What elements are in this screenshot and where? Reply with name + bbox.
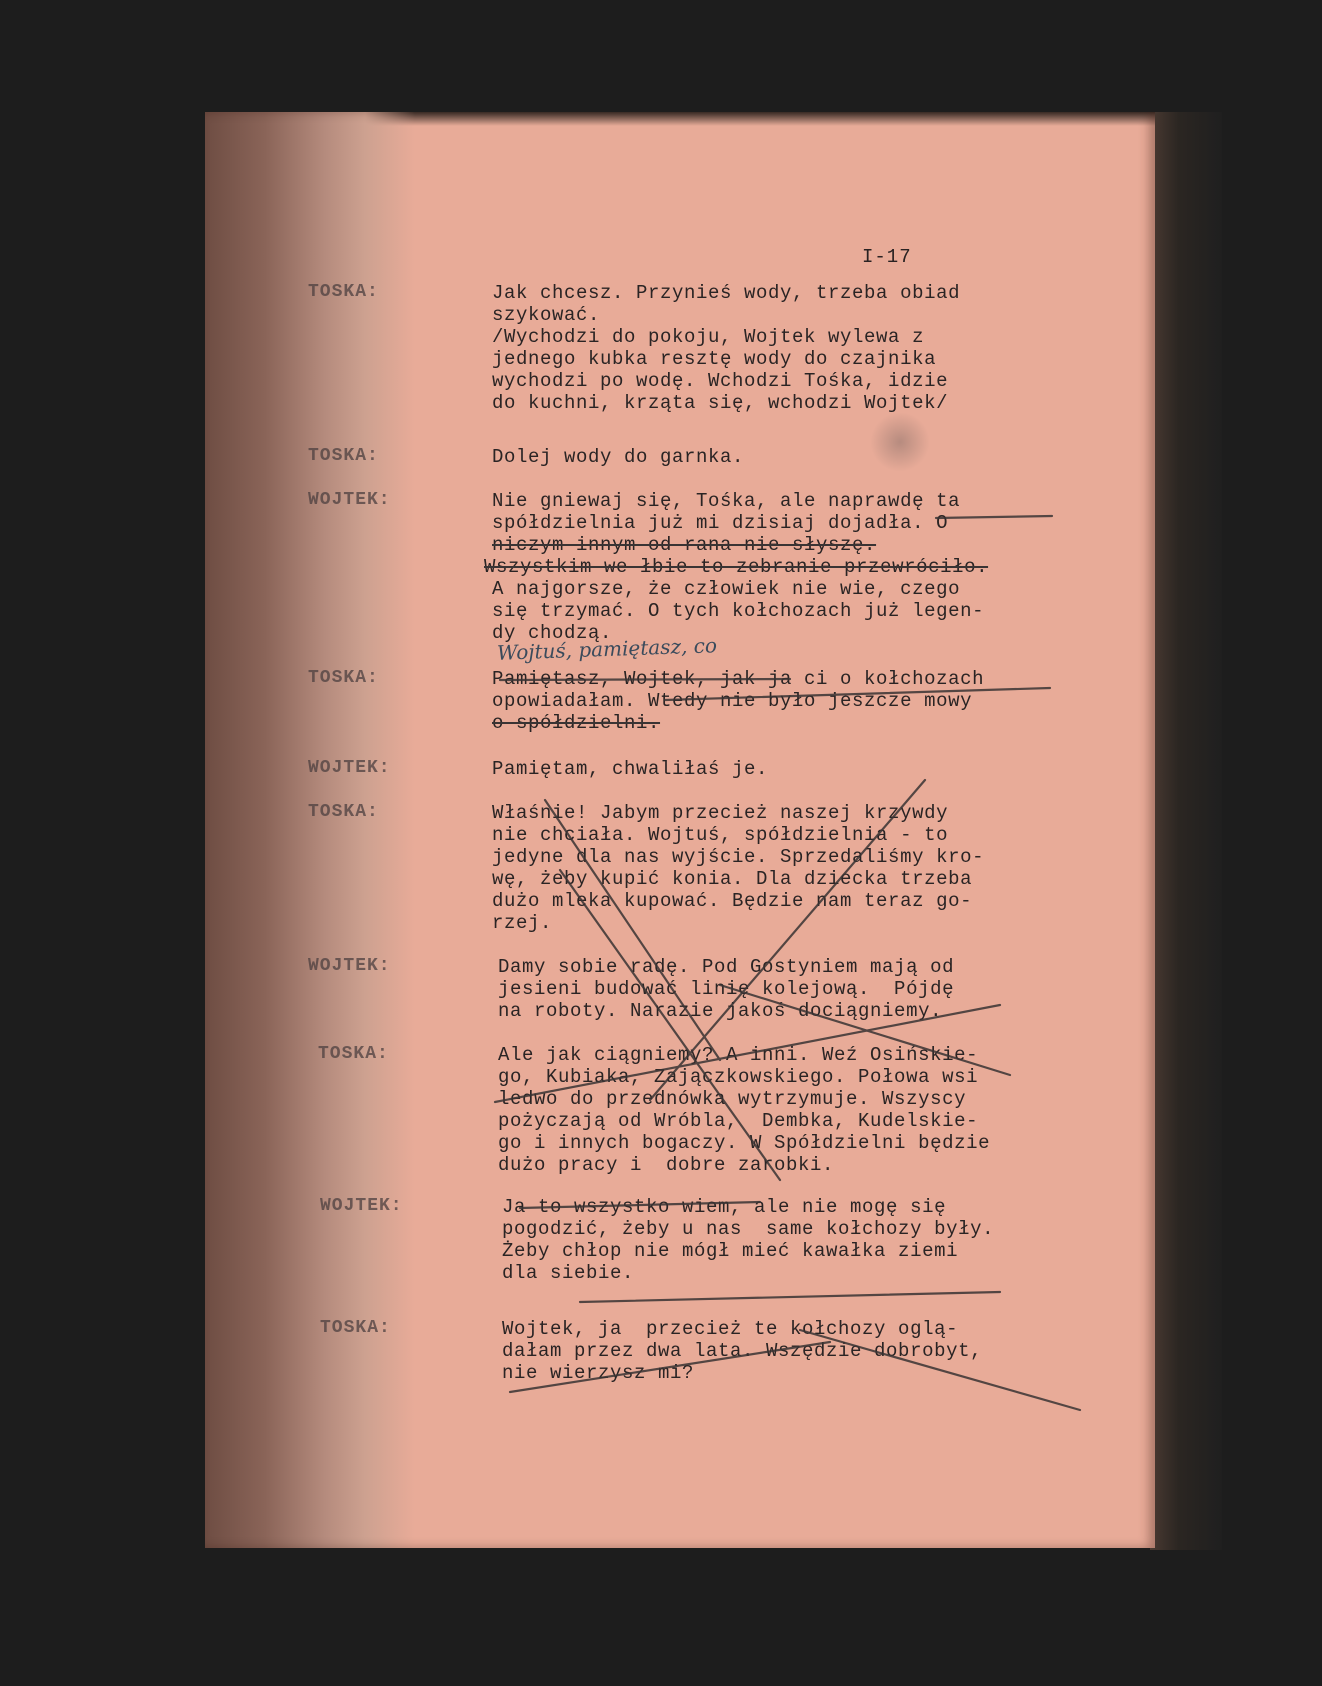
dialogue-line: Wojtek, ja przecież te kołchozy oglą- (502, 1318, 958, 1340)
dialogue-line: ledwo do przednówka wytrzymuje. Wszyscy (498, 1088, 966, 1110)
stage-direction-line: jednego kubka resztę wody do czajnika (492, 348, 936, 370)
speaker-label: WOJTEK: (308, 490, 391, 510)
dialogue-line: opowiadałam. Wtedy nie było jeszcze mowy (492, 690, 972, 712)
speaker-label: WOJTEK: (308, 758, 391, 778)
stage-direction-line: /Wychodzi do pokoju, Wojtek wylewa z (492, 326, 924, 348)
dialogue-line: A najgorsze, że człowiek nie wie, czego (492, 578, 960, 600)
dialogue-line: wę, żeby kupić konia. Dla dziecka trzeba (492, 868, 972, 890)
page-number: I-17 (862, 246, 912, 268)
dialogue-line: jesieni budować linię kolejową. Pójdę (498, 978, 954, 1000)
dialogue-line: jedyne dla nas wyjście. Sprzedaliśmy kro… (492, 846, 984, 868)
dialogue-line: pożyczają od Wróbla, Dembka, Kudelskie- (498, 1110, 978, 1132)
dialogue-line: Dolej wody do garnka. (492, 446, 744, 468)
dialogue-line: dla siebie. (502, 1262, 634, 1284)
dialogue-line: nie chciała. Wojtuś, spółdzielnia - to (492, 824, 948, 846)
speaker-label: TOSKA: (320, 1318, 391, 1338)
speaker-label: TOSKA: (308, 282, 379, 302)
book-spine-shadow (1150, 112, 1222, 1550)
dialogue-line: Żeby chłop nie mógł mieć kawałka ziemi (502, 1240, 958, 1262)
struck-line: niczym innym od rana nie słyszę. (492, 534, 876, 556)
dialogue-line: Jak chcesz. Przynieś wody, trzeba obiad (492, 282, 960, 304)
struck-line: o spółdzielni. (492, 712, 660, 734)
dialogue-line: Pamiętasz, Wojtek, jak ja ci o kołchozac… (492, 668, 984, 690)
dialogue-line: szykować. (492, 304, 600, 326)
dialogue-line: Nie gniewaj się, Tośka, ale naprawdę ta (492, 490, 960, 512)
speaker-label: TOSKA: (308, 802, 379, 822)
dialogue-line: dużo mleka kupować. Będzie nam teraz go- (492, 890, 972, 912)
dialogue-line: rzej. (492, 912, 552, 934)
dialogue-line: Właśnie! Jabym przecież naszej krzywdy (492, 802, 948, 824)
speaker-label: WOJTEK: (320, 1196, 403, 1216)
dialogue-line: dużo pracy i dobre zarobki. (498, 1154, 834, 1176)
speaker-label: TOSKA: (308, 446, 379, 466)
stage-direction-line: wychodzi po wodę. Wchodzi Tośka, idzie (492, 370, 948, 392)
dialogue-line: Pamiętam, chwaliłaś je. (492, 758, 768, 780)
dialogue-line: spółdzielnia już mi dzisiaj dojadła. O (492, 512, 948, 534)
dialogue-line: Damy sobie radę. Pod Gostyniem mają od (498, 956, 954, 978)
dialogue-line: dałam przez dwa lata. Wszędzie dobrobyt, (502, 1340, 982, 1362)
dialogue-line: nie wierzysz mi? (502, 1362, 694, 1384)
dialogue-line: go, Kubiaka, Zajączkowskiego. Połowa wsi (498, 1066, 978, 1088)
struck-line: Wszystkim we łbie to zebranie przewrócił… (484, 556, 988, 578)
dialogue-line: Ja to wszystko wiem, ale nie mogę się (502, 1196, 946, 1218)
speaker-label: TOSKA: (308, 668, 379, 688)
stage-direction-line: do kuchni, krząta się, wchodzi Wojtek/ (492, 392, 948, 414)
dialogue-line: go i innych bogaczy. W Spółdzielni będzi… (498, 1132, 990, 1154)
dialogue-line: się trzymać. O tych kołchozach już legen… (492, 600, 984, 622)
dialogue-line: Ale jak ciągniemy? A inni. Weź Osińskie- (498, 1044, 978, 1066)
dialogue-line: na roboty. Narazie jakoś dociągniemy. (498, 1000, 942, 1022)
speaker-label: TOSKA: (318, 1044, 389, 1064)
pencil-smudge (870, 412, 930, 472)
dialogue-line: pogodzić, żeby u nas same kołchozy były. (502, 1218, 994, 1240)
speaker-label: WOJTEK: (308, 956, 391, 976)
